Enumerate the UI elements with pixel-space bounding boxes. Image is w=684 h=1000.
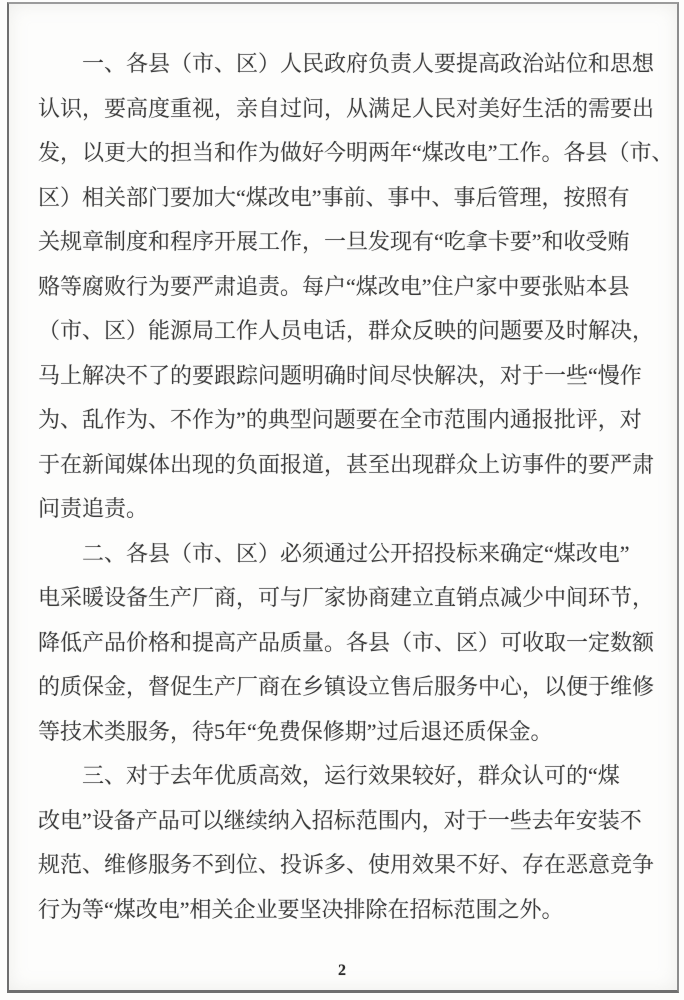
text-line: 等技术类服务，待5年“免费保修期”过后退还质保金。 — [38, 710, 658, 755]
text-line: 一、各县（市、区）人民政府负责人要提高政治站位和思想 — [38, 42, 658, 87]
text-line: 二、各县（市、区）必须通过公开招投标来确定“煤改电” — [38, 532, 658, 577]
text-line: 区）相关部门要加大“煤改电”事前、事中、事后管理，按照有 — [38, 176, 658, 221]
text-line: 规范、维修服务不到位、投诉多、使用效果不好、存在恶意竞争 — [38, 843, 658, 888]
text-line: 的质保金，督促生产厂商在乡镇设立售后服务中心，以便于维修 — [38, 665, 658, 710]
text-line: 问责追责。 — [38, 487, 658, 532]
text-line: 认识，要高度重视，亲自过问，从满足人民对美好生活的需要出 — [38, 87, 658, 132]
text-line: 于在新闻媒体出现的负面报道，甚至出现群众上访事件的要严肃 — [38, 443, 658, 488]
text-line: 为、乱作为、不作为”的典型问题要在全市范围内通报批评，对 — [38, 398, 658, 443]
text-line: 马上解决不了的要跟踪问题明确时间尽快解决，对于一些“慢作 — [38, 354, 658, 399]
document-body: 一、各县（市、区）人民政府负责人要提高政治站位和思想认识，要高度重视，亲自过问，… — [38, 42, 658, 937]
text-line: 行为等“煤改电”相关企业要坚决排除在招标范围之外。 — [38, 888, 658, 933]
text-line: 电采暖设备生产厂商，可与厂家协商建立直销点减少中间环节， — [38, 576, 658, 621]
scanned-document-page: 一、各县（市、区）人民政府负责人要提高政治站位和思想认识，要高度重视，亲自过问，… — [0, 0, 684, 1000]
text-line: （市、区）能源局工作人员电话，群众反映的问题要及时解决， — [38, 309, 658, 354]
page-number: 2 — [0, 962, 684, 980]
text-line: 发，以更大的担当和作为做好今明两年“煤改电”工作。各县（市、 — [38, 131, 658, 176]
text-line: 降低产品价格和提高产品质量。各县（市、区）可收取一定数额 — [38, 621, 658, 666]
text-line: 赂等腐败行为要严肃追责。每户“煤改电”住户家中要张贴本县 — [38, 265, 658, 310]
text-line: 改电”设备产品可以继续纳入招标范围内，对于一些去年安装不 — [38, 799, 658, 844]
text-line: 关规章制度和程序开展工作，一旦发现有“吃拿卡要”和收受贿 — [38, 220, 658, 265]
text-line: 三、对于去年优质高效，运行效果较好，群众认可的“煤 — [38, 754, 658, 799]
